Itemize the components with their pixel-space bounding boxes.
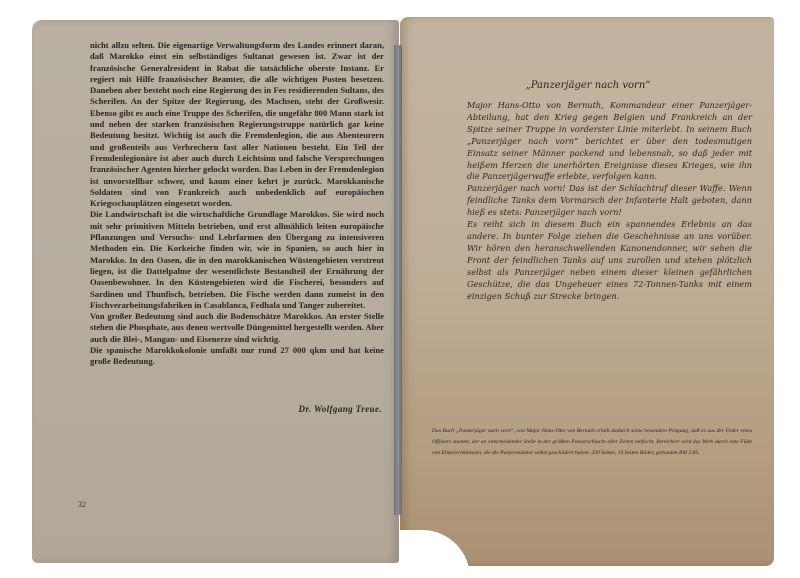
book-advertisement-footnote: Das Buch „Panzerjäger nach vorn“, von Ma… — [432, 426, 752, 458]
paragraph: Major Hans-Otto von Bernuth, Kommandeur … — [467, 100, 752, 183]
book-spine-gutter — [394, 45, 402, 515]
author-signature: Dr. Wolfgang Treue. — [299, 404, 382, 414]
paragraph: Die spanische Marokkokolonie umfaßt nur … — [90, 345, 384, 368]
paragraph: Panzerjäger nach vorn! Das ist der Schla… — [467, 183, 752, 219]
page-number: 32 — [78, 500, 86, 509]
left-page-body: nicht allzu selten. Die eigenartige Verw… — [90, 40, 384, 368]
paragraph: Es reiht sich in diesem Buch ein spannen… — [467, 219, 752, 302]
right-page-body: Major Hans-Otto von Bernuth, Kommandeur … — [467, 100, 752, 302]
article-title: „Panzerjäger nach vorn“ — [478, 80, 698, 91]
paragraph: nicht allzu selten. Die eigenartige Verw… — [90, 40, 384, 209]
paragraph: Die Landwirtschaft ist die wirtschaftlic… — [90, 209, 384, 311]
paragraph: Von großer Bedeutung sind auch die Boden… — [90, 311, 384, 345]
